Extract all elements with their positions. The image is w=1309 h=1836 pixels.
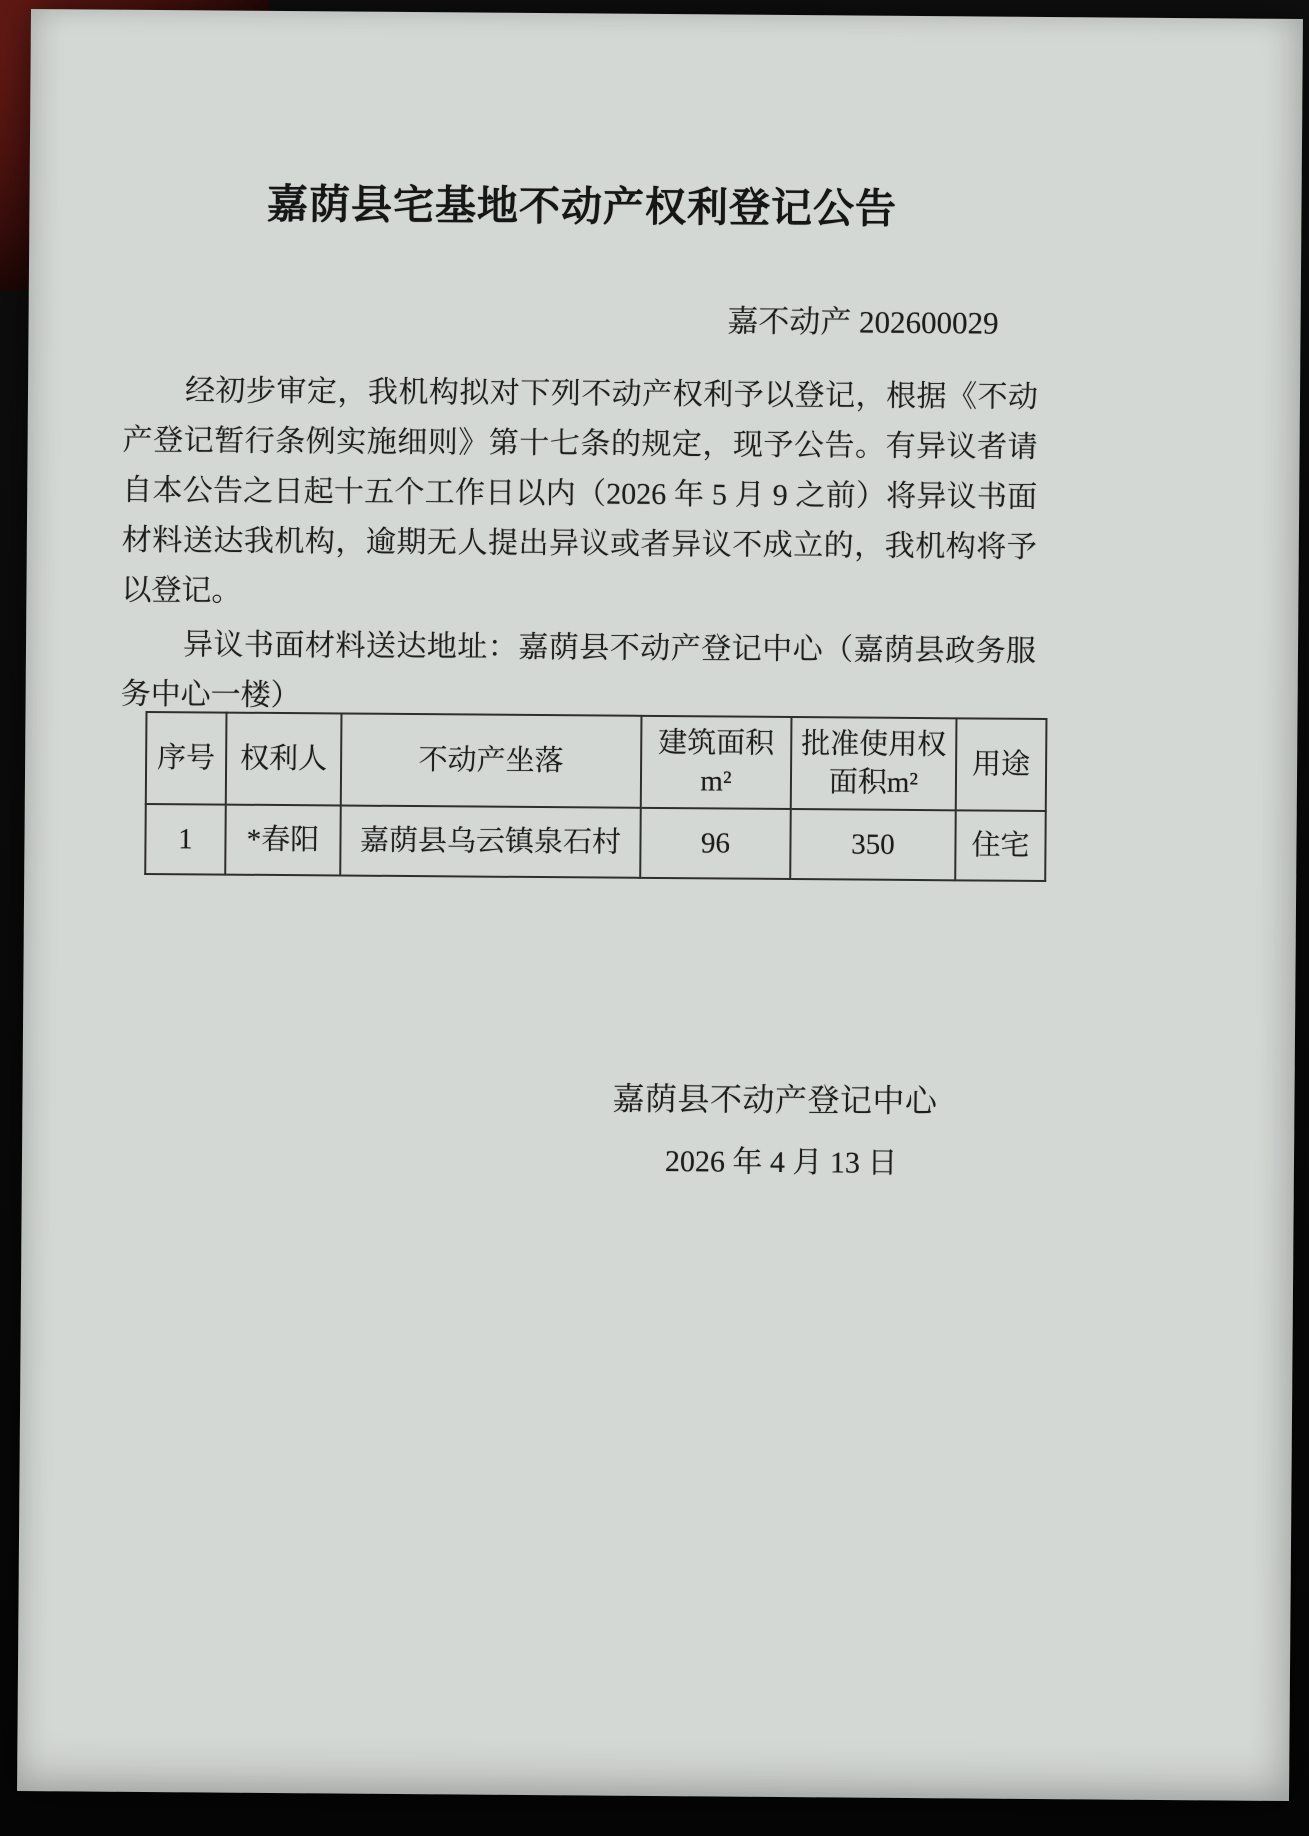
approved-area-cell: 350 <box>790 809 956 880</box>
location-cell: 嘉荫县乌云镇泉石村 <box>340 805 641 877</box>
notice-line: 自本公告之日起十五个工作日以内（2026 年 5 月 9 之前）将异议书面 <box>122 466 1037 523</box>
address-line: 异议书面材料送达地址：嘉荫县不动产登记中心（嘉荫县政务服 <box>121 620 1036 677</box>
column-header-usage: 用途 <box>956 718 1047 811</box>
building-area-cell: 96 <box>640 808 791 879</box>
notice-line: 经初步审定，我机构拟对下列不动产权利予以登记，根据《不动 <box>123 366 1038 423</box>
registration-table: 序号 权利人 不动产坐落 建筑面积 m² 批准使用权 面积m² 用途 1 *春阳… <box>144 711 1047 882</box>
document-paper: 嘉荫县宅基地不动产权利登记公告 嘉不动产 202600029 经初步审定，我机构… <box>17 9 1303 1801</box>
issuer-name: 嘉荫县不动产登记中心 <box>612 1074 937 1123</box>
column-header-serial: 序号 <box>146 712 227 805</box>
column-header-owner: 权利人 <box>226 713 342 806</box>
column-header-approved-area: 批准使用权 面积m² <box>791 717 957 810</box>
column-header-location: 不动产坐落 <box>341 713 642 807</box>
table-header-row: 序号 权利人 不动产坐落 建筑面积 m² 批准使用权 面积m² 用途 <box>146 712 1047 811</box>
notice-line: 产登记暂行条例实施细则》第十七条的规定，现予公告。有异议者请 <box>122 416 1037 473</box>
serial-cell: 1 <box>145 804 226 875</box>
notice-line: 以登记。 <box>121 566 1036 623</box>
table-row: 1 *春阳 嘉荫县乌云镇泉石村 96 350 住宅 <box>145 804 1046 881</box>
usage-cell: 住宅 <box>955 810 1046 881</box>
photo-backdrop: 嘉荫县宅基地不动产权利登记公告 嘉不动产 202600029 经初步审定，我机构… <box>0 0 1309 1836</box>
document-content: 嘉荫县宅基地不动产权利登记公告 嘉不动产 202600029 经初步审定，我机构… <box>112 10 1041 1799</box>
notice-line: 材料送达我机构，逾期无人提出异议或者异议不成立的，我机构将予 <box>122 516 1037 573</box>
column-header-building-area: 建筑面积 m² <box>641 716 792 809</box>
issue-date: 2026 年 4 月 13 日 <box>665 1136 898 1182</box>
document-number: 嘉不动产 202600029 <box>123 291 1038 343</box>
document-title: 嘉荫县宅基地不动产权利登记公告 <box>124 170 1039 236</box>
owner-cell: *春阳 <box>225 805 341 876</box>
